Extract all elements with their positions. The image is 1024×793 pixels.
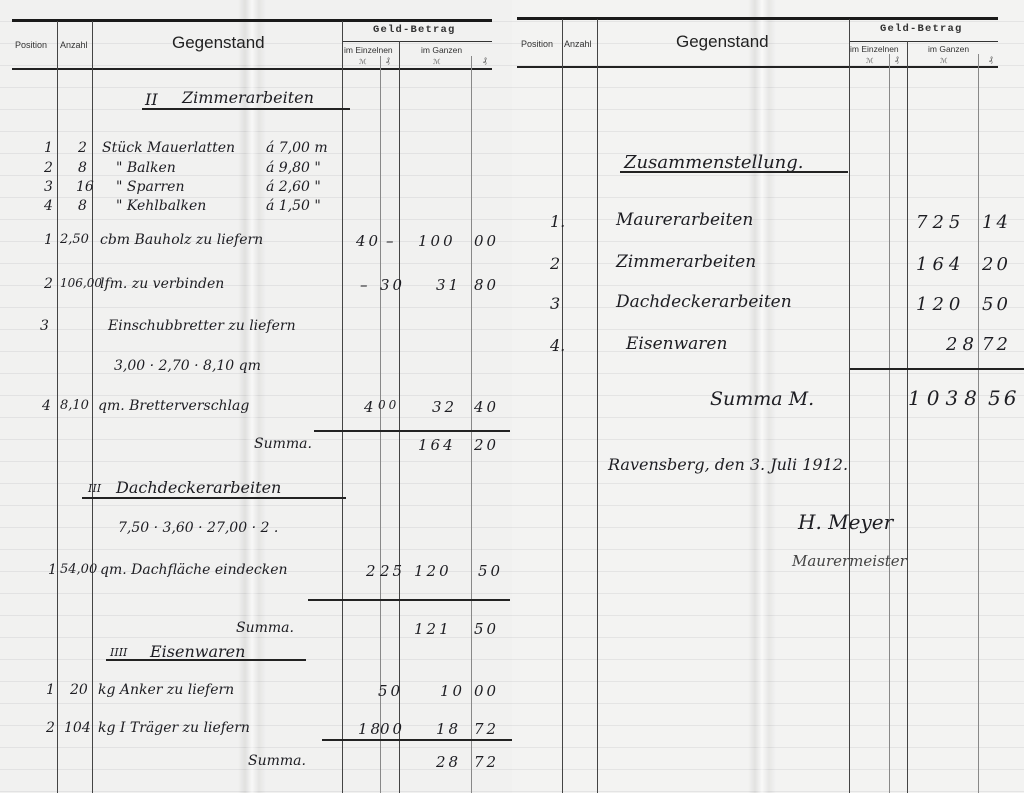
pfennig-icon: ₰	[483, 58, 487, 65]
geld-subheader-rule	[342, 41, 492, 42]
mark-icon: ℳ	[433, 58, 441, 66]
header-anzahl: Anzahl	[60, 40, 88, 50]
header-gegenstand: Gegenstand	[172, 33, 265, 53]
sum-rule	[322, 739, 512, 741]
header-top-rule	[12, 19, 492, 22]
pfennig-icon: ₰	[989, 57, 993, 64]
col-divider-anzahl	[92, 21, 93, 793]
invoice-page-left: Position Anzahl Gegenstand Geld-Betrag i…	[0, 0, 512, 793]
summary-title: Zusammenstellung.	[624, 152, 804, 173]
col-divider-ganzen-pf	[471, 56, 472, 793]
grand-total-pfennig: 56	[988, 386, 1019, 410]
section-numeral: II	[145, 90, 158, 109]
header-im-ganzen: im Ganzen	[928, 44, 969, 54]
header-bottom-rule	[12, 68, 492, 70]
header-position: Position	[15, 40, 47, 50]
section-title-underline	[106, 659, 306, 661]
col-divider-einzeln	[399, 41, 400, 793]
pfennig-icon: ₰	[895, 57, 899, 64]
header-top-rule	[517, 17, 998, 20]
grand-total-label: Summa M.	[710, 388, 814, 410]
col-divider-anzahl	[597, 19, 598, 793]
signature-title: Maurermeister	[792, 552, 907, 570]
sum-rule	[308, 599, 510, 601]
section-title: Zimmerarbeiten	[182, 88, 314, 107]
header-anzahl: Anzahl	[564, 39, 592, 49]
pfennig-icon: ₰	[386, 58, 390, 65]
header-position: Position	[521, 39, 553, 49]
header-im-einzelnen: im Einzelnen	[344, 45, 393, 55]
geld-subheader-rule	[849, 41, 998, 42]
header-bottom-rule	[517, 66, 998, 68]
col-divider-einzeln-pf	[889, 54, 890, 793]
header-im-einzelnen: im Einzelnen	[850, 44, 899, 54]
summary-title-underline	[620, 171, 848, 173]
col-divider-gegenstand	[849, 19, 850, 793]
grand-total-mark: 1038	[908, 386, 983, 410]
header-im-ganzen: im Ganzen	[421, 45, 462, 55]
mark-icon: ℳ	[866, 57, 874, 65]
sum-rule	[314, 430, 510, 432]
header-gegenstand: Gegenstand	[676, 32, 769, 52]
col-divider-position	[57, 21, 58, 793]
section-title-underline	[142, 108, 350, 110]
place-date: Ravensberg, den 3. Juli 1912.	[608, 455, 848, 474]
paper-fold	[238, 0, 266, 793]
section-title: Dachdeckerarbeiten	[116, 478, 281, 497]
section-numeral: IIII	[110, 646, 127, 659]
signature-name: H. Meyer	[798, 510, 893, 534]
col-divider-ganzen-pf	[978, 54, 979, 793]
section-numeral: III	[88, 482, 101, 495]
section-title-underline	[82, 497, 346, 499]
header-geld-betrag: Geld-Betrag	[880, 23, 963, 35]
mark-icon: ℳ	[359, 58, 367, 66]
col-divider-einzeln	[907, 41, 908, 793]
grand-total-rule	[850, 368, 1024, 370]
header-geld-betrag: Geld-Betrag	[373, 24, 456, 36]
col-divider-gegenstand	[342, 21, 343, 793]
mark-icon: ℳ	[940, 57, 948, 65]
col-divider-position	[562, 19, 563, 793]
invoice-page-right: Position Anzahl Gegenstand Geld-Betrag i…	[512, 0, 1024, 793]
